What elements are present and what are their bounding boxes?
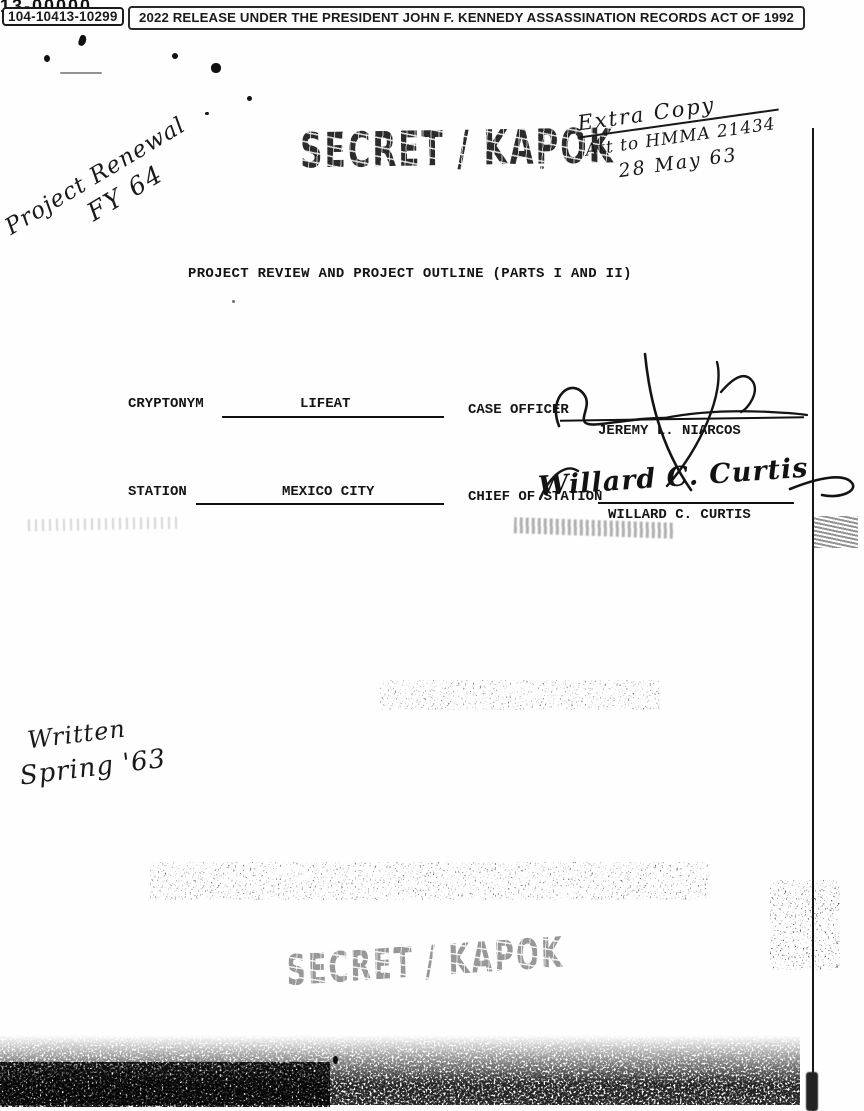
cryptonym-label: CRYPTONYM: [128, 396, 204, 412]
ink-speck: [44, 55, 50, 62]
chief-of-station-signature-flourish: [540, 455, 860, 525]
ink-speck: [205, 112, 209, 115]
page-edge-line: [812, 128, 814, 1111]
record-id-badge: 104-10413-10299: [2, 7, 124, 26]
scan-smudge: [28, 517, 180, 532]
handwritten-project-note: Project Renewal FY 64: [1, 112, 207, 267]
station-underline: [196, 503, 444, 505]
station-value: MEXICO CITY: [282, 484, 374, 500]
cryptonym-value: LIFEAT: [300, 396, 350, 412]
bottom-edge-noise: [420, 1075, 760, 1103]
ink-speck: [60, 72, 102, 74]
cryptonym-underline: [222, 416, 444, 418]
scan-noise-light: [150, 862, 710, 900]
page-edge-smudge: [806, 1072, 818, 1111]
scan-smudge: [814, 516, 858, 548]
scanned-document-page: { "colors": { "ink": "#1b1b1b", "stamp-t…: [0, 0, 864, 1111]
scan-noise-light: [770, 880, 840, 970]
secret-kapok-stamp-bottom: SECRET / KAPOK: [286, 929, 565, 996]
bottom-edge-noise: [0, 1035, 800, 1105]
document-title: PROJECT REVIEW AND PROJECT OUTLINE (PART…: [188, 266, 632, 282]
ink-speck: [333, 1056, 338, 1064]
station-label: STATION: [128, 484, 187, 500]
scan-noise-light: [380, 680, 660, 710]
ink-speck: [77, 34, 87, 47]
ink-speck: [247, 96, 252, 101]
ink-speck: [232, 300, 235, 303]
handwritten-written-note: Written Spring '63: [14, 710, 168, 791]
release-banner: 2022 RELEASE UNDER THE PRESIDENT JOHN F.…: [128, 6, 805, 30]
ink-speck: [172, 53, 178, 59]
handwritten-extra-copy-note: Extra Copy Att to HMMA 21434 28 May 63: [574, 84, 785, 187]
bottom-edge-noise-heavy: [0, 1062, 330, 1107]
ink-speck: [211, 63, 221, 73]
secret-kapok-stamp-top: SECRET / KAPOK: [300, 119, 615, 180]
